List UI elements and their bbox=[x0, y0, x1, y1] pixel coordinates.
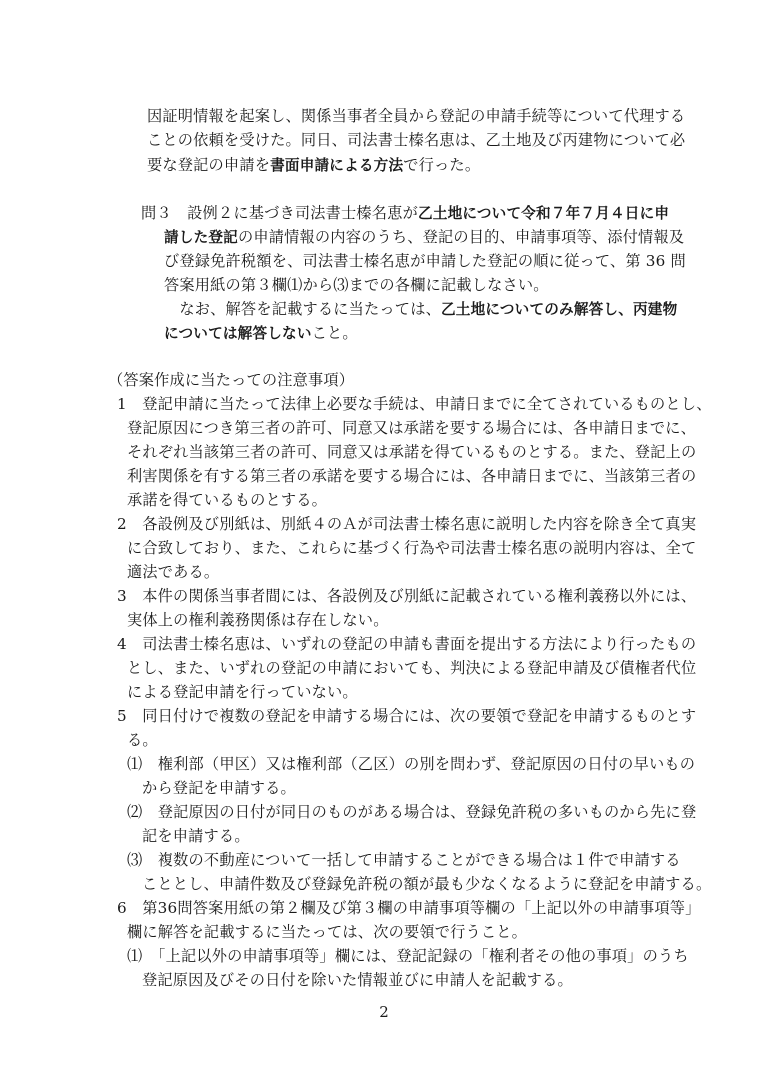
intro-line: ことの依頼を受けた。同日、司法書士榛名恵は、乙土地及び丙建物について必 bbox=[147, 130, 685, 150]
text-segment: で行った。 bbox=[403, 156, 480, 174]
note-3-line: 実体上の権利義務関係は存在しない。 bbox=[127, 610, 389, 630]
intro-line: 因証明情報を起案し、関係当事者全員から登記の申請手続等について代理する bbox=[147, 106, 685, 126]
question-line: なお、解答を記載するに当たっては、乙土地についてのみ解答し、丙建物 bbox=[164, 299, 677, 320]
emphasized-text: 乙土地についてのみ解答し、丙建物 bbox=[441, 301, 677, 318]
note-6-sub-line: ⑴ 「上記以外の申請事項等」欄には、登記記録の「権利者その他の事項」のうち bbox=[127, 946, 689, 966]
text-segment: 因証明情報を起案し、関係当事者全員から登記の申請手続等について代理する bbox=[147, 107, 685, 125]
note-1-line: 登記原因につき第三者の許可、同意又は承諾を要する場合には、各申請日までに、 bbox=[127, 418, 696, 438]
text-segment: の申請情報の内容のうち、登記の目的、申請事項等、添付情報及 bbox=[238, 228, 684, 246]
note-5-sub-line: こととし、申請件数及び登録免許税の額が最も少なくなるように登記を申請する。 bbox=[142, 874, 711, 894]
note-3-line: 3 本件の関係当事者間には、各設例及び別紙に記載されている権利義務以外には、 bbox=[117, 586, 696, 606]
text-segment: 答案用紙の第３欄⑴から⑶までの各欄に記載しなさい。 bbox=[164, 276, 549, 294]
text-segment: ことの依頼を受けた。同日、司法書士榛名恵は、乙土地及び丙建物について必 bbox=[147, 131, 685, 149]
note-4-line: 4 司法書士榛名恵は、いずれの登記の申請も書面を提出する方法により行ったもの bbox=[117, 634, 696, 654]
note-1-line: 利害関係を有する第三者の承諾を要する場合には、各申請日までに、当該第三者の bbox=[127, 466, 696, 486]
question-line: 答案用紙の第３欄⑴から⑶までの各欄に記載しなさい。 bbox=[164, 275, 549, 295]
note-4-line: による登記申請を行っていない。 bbox=[127, 682, 358, 702]
text-segment: 要な登記の申請を bbox=[147, 156, 270, 174]
emphasized-text: については解答しない bbox=[164, 325, 312, 342]
text-segment: 問３ 設例２に基づき司法書士榛名恵が bbox=[141, 204, 418, 222]
question-line: 問３ 設例２に基づき司法書士榛名恵が乙土地について令和７年７月４日に申 bbox=[141, 203, 669, 224]
note-5-sub-line: ⑴ 権利部（甲区）又は権利部（乙区）の別を問わず、登記原因の日付の早いもの bbox=[127, 754, 695, 774]
note-5-sub-line: 記を申請する。 bbox=[142, 826, 250, 846]
question-line: 請した登記の申請情報の内容のうち、登記の目的、申請事項等、添付情報及 bbox=[164, 227, 684, 248]
note-2-line: 適法である。 bbox=[127, 562, 219, 582]
text-segment: こと。 bbox=[312, 324, 358, 342]
question-line: び登録免許税額を、司法書士榛名恵が申請した登記の順に従って、第 36 問 bbox=[164, 251, 686, 271]
note-1-line: それぞれ当該第三者の許可、同意又は承諾を得ているものとする。また、登記上の bbox=[127, 442, 696, 462]
page-number: 2 bbox=[0, 1003, 768, 1021]
note-5-line: る。 bbox=[127, 730, 158, 750]
note-5-sub-line: ⑵ 登記原因の日付が同日のものがある場合は、登録免許税の多いものから先に登 bbox=[127, 802, 696, 822]
question-line: については解答しないこと。 bbox=[164, 323, 358, 344]
note-6-line: 欄に解答を記載するに当たっては、次の要領で行うこと。 bbox=[127, 922, 527, 942]
note-6-line: 6 第36問答案用紙の第２欄及び第３欄の申請事項等欄の「上記以外の申請事項等」 bbox=[117, 898, 701, 918]
note-5-line: 5 同日付けで複数の登記を申請する場合には、次の要領で登記を申請するものとす bbox=[117, 706, 696, 726]
emphasized-text: 書面申請による方法 bbox=[270, 157, 403, 174]
note-4-line: とし、また、いずれの登記の申請においても、判決による登記申請及び債権者代位 bbox=[127, 658, 696, 678]
note-5-sub-line: から登記を申請する。 bbox=[142, 778, 296, 798]
note-6-sub-line: 登記原因及びその日付を除いた情報並びに申請人を記載する。 bbox=[142, 970, 573, 990]
note-5-sub-line: ⑶ 複数の不動産について一括して申請することができる場合は１件で申請する bbox=[127, 850, 681, 870]
intro-line: 要な登記の申請を書面申請による方法で行った。 bbox=[147, 155, 480, 176]
note-2-line: 2 各設例及び別紙は、別紙４のＡが司法書士榛名恵に説明した内容を除き全て真実 bbox=[117, 514, 696, 534]
note-1-line: 1 登記申請に当たって法律上必要な手続は、申請日までに全てされているものとし、 bbox=[117, 394, 712, 414]
text-segment: なお、解答を記載するに当たっては、 bbox=[164, 300, 441, 318]
note-1-line: 承諾を得ているものとする。 bbox=[127, 490, 327, 510]
notes-heading: （答案作成に当たっての注意事項） bbox=[108, 370, 354, 390]
note-2-line: に合致しており、また、これらに基づく行為や司法書士榛名恵の説明内容は、全て bbox=[127, 538, 696, 558]
emphasized-text: 乙土地について令和７年７月４日に申 bbox=[418, 205, 669, 222]
text-segment: び登録免許税額を、司法書士榛名恵が申請した登記の順に従って、第 36 問 bbox=[164, 252, 686, 270]
emphasized-text: 請した登記 bbox=[164, 229, 238, 246]
